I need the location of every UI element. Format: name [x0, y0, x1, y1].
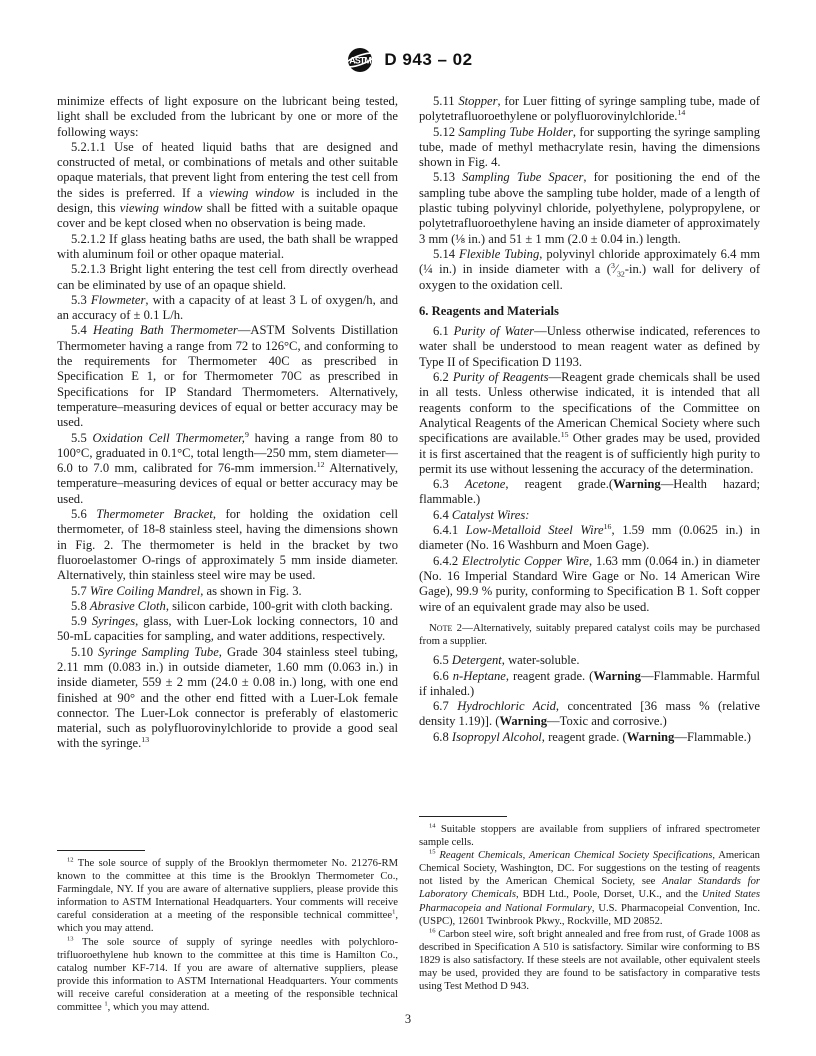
text-segment: 6.2 [433, 370, 453, 384]
text-segment: 5.9 [71, 614, 92, 628]
text-segment: 5.2.1.2 If glass heating baths are used,… [57, 232, 398, 261]
text-segment: 6.1 [433, 324, 454, 338]
right-footnotes: 14 Suitable stoppers are available from … [419, 816, 760, 993]
footnote: 12 The sole source of supply of the Broo… [57, 857, 398, 936]
text-segment: Low-Metalloid Steel Wire [466, 523, 604, 537]
paragraph: 5.3 Flowmeter, with a capacity of at lea… [57, 293, 398, 324]
text-segment: , reagent grade. ( [542, 730, 627, 744]
text-segment: , reagent grade. ( [506, 669, 593, 683]
paragraph: 5.5 Oxidation Cell Thermometer,9 having … [57, 431, 398, 507]
text-segment: n-Heptane [453, 669, 506, 683]
text-segment: 5.8 [71, 599, 90, 613]
document-code: D 943 – 02 [384, 50, 472, 70]
text-segment: 6.4.2 [433, 554, 462, 568]
paragraph: 6.7 Hydrochloric Acid, concentrated [36 … [419, 699, 760, 730]
text-segment: , reagent grade.( [505, 477, 613, 491]
paragraph: 5.12 Sampling Tube Holder, for supportin… [419, 125, 760, 171]
paragraph: 6.3 Acetone, reagent grade.(Warning—Heal… [419, 477, 760, 508]
text-segment: 5.7 [71, 584, 90, 598]
footnote-divider [57, 850, 145, 851]
text-segment: Note [429, 622, 452, 634]
text-segment: 6.3 [433, 477, 465, 491]
paragraph: 5.2.1.3 Bright light entering the test c… [57, 262, 398, 293]
text-segment: 5.5 [71, 431, 92, 445]
text-segment: Hydrochloric Acid [457, 699, 556, 713]
text-segment: 6. Reagents and Materials [419, 304, 559, 318]
paragraph: 5.4 Heating Bath Thermometer—ASTM Solven… [57, 323, 398, 430]
text-segment: —Toxic and corrosive.) [547, 714, 667, 728]
document-header: ASTM D 943 – 02 [0, 46, 816, 74]
text-segment: Thermometer Bracket [96, 507, 213, 521]
paragraph: 6.4.1 Low-Metalloid Steel Wire16, 1.59 m… [419, 523, 760, 554]
paragraph: 5.2.1.1 Use of heated liquid baths that … [57, 140, 398, 232]
paragraph: 5.13 Sampling Tube Spacer, for positioni… [419, 170, 760, 246]
text-segment: Syringe Sampling Tube [98, 645, 219, 659]
footnote: 14 Suitable stoppers are available from … [419, 823, 760, 849]
text-segment: Reagent Chemicals, American Chemical Soc… [439, 850, 712, 861]
footnote: 15 Reagent Chemicals, American Chemical … [419, 849, 760, 928]
text-segment: Warning [499, 714, 547, 728]
text-segment: Wire Coiling Mandrel [90, 584, 200, 598]
text-segment: 5.11 [433, 94, 458, 108]
text-segment: 5.10 [71, 645, 98, 659]
paragraph: 5.8 Abrasive Cloth, silicon carbide, 100… [57, 599, 398, 614]
text-segment: Warning [627, 730, 675, 744]
text-segment: 6.4 [433, 508, 452, 522]
text-segment: Oxidation Cell Thermometer, [92, 431, 244, 445]
text-segment: Isopropyl Alcohol [452, 730, 542, 744]
text-segment: 5.6 [71, 507, 96, 521]
text-segment: Syringes [92, 614, 135, 628]
text-segment: Detergent [452, 653, 502, 667]
text-segment: Electrolytic Copper Wire [462, 554, 589, 568]
paragraph: 6.2 Purity of Reagents—Reagent grade che… [419, 370, 760, 477]
text-segment: 6.8 [433, 730, 452, 744]
text-segment: 6.5 [433, 653, 452, 667]
paragraph: 6.8 Isopropyl Alcohol, reagent grade. (W… [419, 730, 760, 745]
text-segment: Stopper [458, 94, 497, 108]
left-column: minimize effects of light exposure on th… [57, 94, 398, 752]
text-segment: 5.2.1.3 Bright light entering the test c… [57, 262, 398, 291]
left-footnotes: 12 The sole source of supply of the Broo… [57, 850, 398, 1014]
text-segment: , silicon carbide, 100-grit with cloth b… [166, 599, 393, 613]
text-segment: viewing window [209, 186, 294, 200]
text-segment: 6.4.1 [433, 523, 466, 537]
text-segment: 13 [141, 735, 149, 744]
paragraph: 6.1 Purity of Water—Unless otherwise ind… [419, 324, 760, 370]
paragraph: 5.6 Thermometer Bracket, for holding the… [57, 507, 398, 583]
footnote-divider [419, 816, 507, 817]
text-segment: Warning [613, 477, 661, 491]
svg-text:ASTM: ASTM [350, 56, 372, 66]
right-footnote-list: 14 Suitable stoppers are available from … [419, 823, 760, 993]
paragraph: 5.2.1.2 If glass heating baths are used,… [57, 232, 398, 263]
text-segment: Acetone [465, 477, 506, 491]
text-segment: 14 [677, 108, 685, 117]
paragraph: 5.14 Flexible Tubing, polyvinyl chloride… [419, 247, 760, 293]
text-segment: , water-soluble. [502, 653, 580, 667]
text-segment: —Flammable.) [674, 730, 751, 744]
text-segment: 5.3 [71, 293, 91, 307]
text-segment: viewing window [120, 201, 203, 215]
text-segment: Purity of Water [454, 324, 535, 338]
paragraph: 5.10 Syringe Sampling Tube, Grade 304 st… [57, 645, 398, 752]
paragraph: minimize effects of light exposure on th… [57, 94, 398, 140]
text-segment: Carbon steel wire, soft bright annealed … [419, 929, 760, 992]
text-segment: 2—Alternatively, suitably prepared catal… [419, 622, 760, 647]
astm-logo-icon: ASTM [343, 46, 377, 74]
text-segment: Abrasive Cloth [90, 599, 166, 613]
text-segment: Warning [593, 669, 641, 683]
text-segment: Catalyst Wires: [452, 508, 530, 522]
text-segment: minimize effects of light exposure on th… [57, 94, 398, 139]
text-segment: 6.7 [433, 699, 457, 713]
paragraph: 6.4.2 Electrolytic Copper Wire, 1.63 mm … [419, 554, 760, 615]
text-segment: , BDH Ltd., Poole, Dorset, U.K., and the [516, 889, 702, 900]
text-segment: 6.6 [433, 669, 453, 683]
document-page: ASTM D 943 – 02 minimize effects of ligh… [0, 0, 816, 1056]
text-segment: 5.13 [433, 170, 462, 184]
text-segment: Flexible Tubing [459, 247, 539, 261]
text-segment: The sole source of supply of the Brookly… [57, 858, 398, 921]
text-segment: —ASTM Solvents Distillation Thermometer … [57, 323, 398, 429]
paragraph: 5.7 Wire Coiling Mandrel, as shown in Fi… [57, 584, 398, 599]
text-segment: Suitable stoppers are available from sup… [419, 824, 760, 848]
text-segment: Sampling Tube Spacer [462, 170, 583, 184]
text-segment: Sampling Tube Holder [458, 125, 572, 139]
text-segment: Heating Bath Thermometer [93, 323, 238, 337]
section-heading: 6. Reagents and Materials [419, 304, 760, 319]
right-column: 5.11 Stopper, for Luer fitting of syring… [419, 94, 760, 745]
footnote: 13 The sole source of supply of syringe … [57, 936, 398, 1015]
text-segment: 5.4 [71, 323, 93, 337]
footnote: 16 Carbon steel wire, soft bright anneal… [419, 928, 760, 993]
paragraph: 6.6 n-Heptane, reagent grade. (Warning—F… [419, 669, 760, 700]
text-segment: Purity of Reagents [453, 370, 549, 384]
text-segment: , as shown in Fig. 3. [200, 584, 301, 598]
text-segment: Flowmeter [91, 293, 146, 307]
text-segment: , Grade 304 stainless steel tubing, 2.11… [57, 645, 398, 751]
text-segment: 5.14 [433, 247, 459, 261]
paragraph: 6.4 Catalyst Wires: [419, 508, 760, 523]
text-segment: 5.12 [433, 125, 458, 139]
paragraph: 5.9 Syringes, glass, with Luer-Lok locki… [57, 614, 398, 645]
paragraph: 6.5 Detergent, water-soluble. [419, 653, 760, 668]
paragraph: 5.11 Stopper, for Luer fitting of syring… [419, 94, 760, 125]
note-paragraph: Note 2—Alternatively, suitably prepared … [419, 622, 760, 648]
left-footnote-list: 12 The sole source of supply of the Broo… [57, 857, 398, 1014]
text-segment: 32 [617, 270, 625, 279]
text-segment: 15 [429, 849, 436, 856]
page-number: 3 [0, 1012, 816, 1027]
